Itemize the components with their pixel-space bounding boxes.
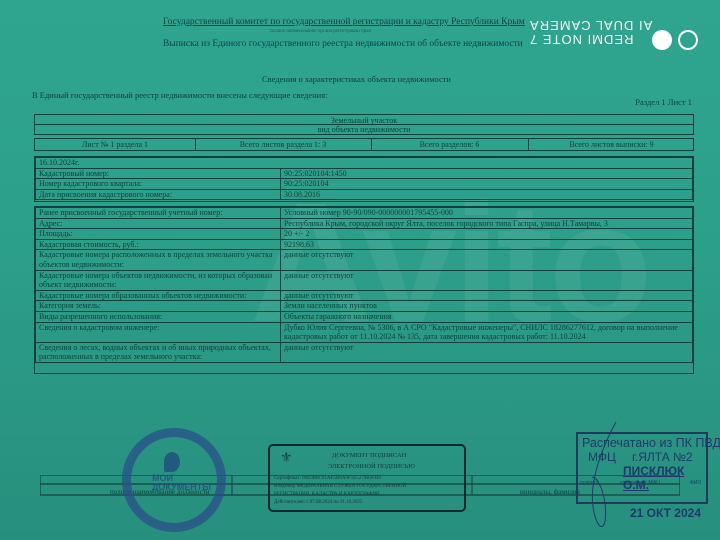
cadastral-quarter: 90:25:020104	[281, 179, 693, 190]
organization-name: Государственный комитет по государственн…	[163, 17, 525, 27]
table-row: Кадастровый номер:90:25:020104:1450	[36, 168, 693, 179]
section-title: Сведения о характеристиках объекта недви…	[262, 74, 451, 84]
row-label: Сведения о кадастровом инженере:	[36, 322, 281, 342]
camera-logo-icon	[652, 30, 698, 50]
camera-watermark: REDMI NOTE 7 AI DUAL CAMERA	[529, 18, 652, 46]
stamp-date: 21 ОКТ 2024	[630, 506, 701, 520]
esig-owner: Владелец: ФЕДЕРАЛЬНАЯ СЛУЖБА ГОСУДАРСТВЕ…	[274, 484, 406, 489]
camera-feature: AI DUAL CAMERA	[529, 18, 652, 32]
table-row: Кадастровые номера объектов недвижимости…	[36, 270, 693, 290]
row-value: Республика Крым, городской округ Ялта, п…	[281, 218, 693, 229]
date-block: 16.10.2024г. Кадастровый номер:90:25:020…	[34, 156, 694, 202]
row-label: Кадастровые номера образованных объектов…	[36, 290, 281, 301]
row-value: Дубко Юлия Сергеевна, № 5306, в А СРО "К…	[281, 322, 693, 342]
table-row: Кадастровые номера расположенных в преде…	[36, 250, 693, 270]
handwritten-signature-icon	[588, 420, 618, 530]
table-row: Дата присвоения кадастрового номера:30.0…	[36, 189, 693, 200]
row-label: Номер кадастрового квартала:	[36, 179, 281, 190]
stamp-text-line2: ДОКУМЕНТЫ	[152, 483, 211, 492]
assignment-date: 30.08.2016	[281, 189, 693, 200]
row-value: данные отсутствуют	[281, 250, 693, 270]
esig-certificate: Сертификат: 00E0B0C01AE5B6A9F1E5279B0FB9	[274, 476, 381, 481]
sheet-counts-box: Лист № 1 раздела 1 Всего листов раздела …	[34, 138, 694, 151]
row-label: Виды разрешенного использования:	[36, 311, 281, 322]
object-type-caption: вид объекта недвижимости	[35, 125, 693, 134]
eagle-emblem-icon: ⚜	[280, 450, 293, 467]
row-label: Дата присвоения кадастрового номера:	[36, 189, 281, 200]
stamp-name: ПИСКЛЮК О.М.	[623, 464, 706, 492]
table-row: Адрес:Республика Крым, городской округ Я…	[36, 218, 693, 229]
table-row: Кадастровая стоимость, руб.:92198.63	[36, 239, 693, 250]
row-label: Сведения о лесах, водных объектах и об и…	[36, 342, 281, 362]
row-value: Земли населенных пунктов	[281, 301, 693, 312]
row-value: Объекты гаражного назначения	[281, 311, 693, 322]
cadastral-number: 90:25:020104:1450	[281, 168, 693, 179]
document-title: Выписка из Единого государственного реес…	[163, 39, 523, 49]
leaf-logo-icon	[164, 452, 180, 472]
sheets-in-section: Всего листов раздела 1: 3	[195, 140, 371, 149]
table-row: Категория земель:Земли населенных пункто…	[36, 301, 693, 312]
stamp-text: МОИ ДОКУМЕНТЫ	[152, 474, 211, 492]
extract-date: 16.10.2024г.	[36, 158, 693, 169]
camera-model: REDMI NOTE 7	[529, 32, 652, 46]
table-row: Площадь:20 +/- 2	[36, 229, 693, 240]
stamp-cap-fio: ФИО	[690, 480, 701, 486]
stamp-cap-role: специалист МФЦ	[620, 480, 660, 486]
row-value: данные отсутствуют	[281, 290, 693, 301]
row-label: Кадастровые номера расположенных в преде…	[36, 250, 281, 270]
row-label: Адрес:	[36, 218, 281, 229]
object-type-box: Земельный участок вид объекта недвижимос…	[34, 114, 694, 135]
row-value: Условный номер 90-90/090-000000001795455…	[281, 208, 693, 219]
table-row: Сведения о кадастровом инженере:Дубко Юл…	[36, 322, 693, 342]
ring-dot-icon	[678, 30, 698, 50]
sheet-number: Лист № 1 раздела 1	[35, 140, 195, 149]
table-row: Сведения о лесах, водных объектах и об и…	[36, 342, 693, 362]
table-row: Кадастровые номера образованных объектов…	[36, 290, 693, 301]
row-label: Кадастровые номера объектов недвижимости…	[36, 270, 281, 290]
organization-caption: полное наименование органа регистрации п…	[270, 29, 371, 34]
row-value: 92198.63	[281, 239, 693, 250]
total-sections: Всего разделов: 6	[371, 140, 528, 149]
sheet-reference: Раздел 1 Лист 1	[635, 97, 692, 107]
row-label: Категория земель:	[36, 301, 281, 312]
esig-owner-cont: РЕГИСТРАЦИИ, КАДАСТРА И КАРТОГРАФИИ	[274, 492, 380, 497]
row-label: Площадь:	[36, 229, 281, 240]
esig-validity: Действителен: с 07.08.2024 по 31.10.2025	[274, 500, 362, 505]
intro-text: В Единый государственный реестр недвижим…	[32, 90, 328, 100]
esig-title: ДОКУМЕНТ ПОДПИСАН	[332, 452, 406, 459]
row-label: Кадастровая стоимость, руб.:	[36, 239, 281, 250]
stamp-office: г.ЯЛТА №2	[632, 450, 693, 464]
table-row: Номер кадастрового квартала:90:25:020104	[36, 179, 693, 190]
esig-subtitle: ЭЛЕКТРОННОЙ ПОДПИСЬЮ	[328, 463, 415, 470]
details-table: Ранее присвоенный государственный учетны…	[34, 206, 694, 374]
filled-dot-icon	[652, 30, 672, 50]
row-value: данные отсутствуют	[281, 270, 693, 290]
table-row: Виды разрешенного использования:Объекты …	[36, 311, 693, 322]
round-stamp: МОИ ДОКУМЕНТЫ	[122, 428, 226, 532]
initials-caption: инициалы, фамилия	[520, 488, 580, 496]
row-label: Ранее присвоенный государственный учетны…	[36, 208, 281, 219]
total-sheets: Всего листов выписки: 9	[528, 140, 695, 149]
row-value: 20 +/- 2	[281, 229, 693, 240]
row-value: данные отсутствуют	[281, 342, 693, 362]
electronic-signature-box: ⚜ ДОКУМЕНТ ПОДПИСАН ЭЛЕКТРОННОЙ ПОДПИСЬЮ…	[268, 444, 466, 512]
table-row: Ранее присвоенный государственный учетны…	[36, 208, 693, 219]
row-label: Кадастровый номер:	[36, 168, 281, 179]
